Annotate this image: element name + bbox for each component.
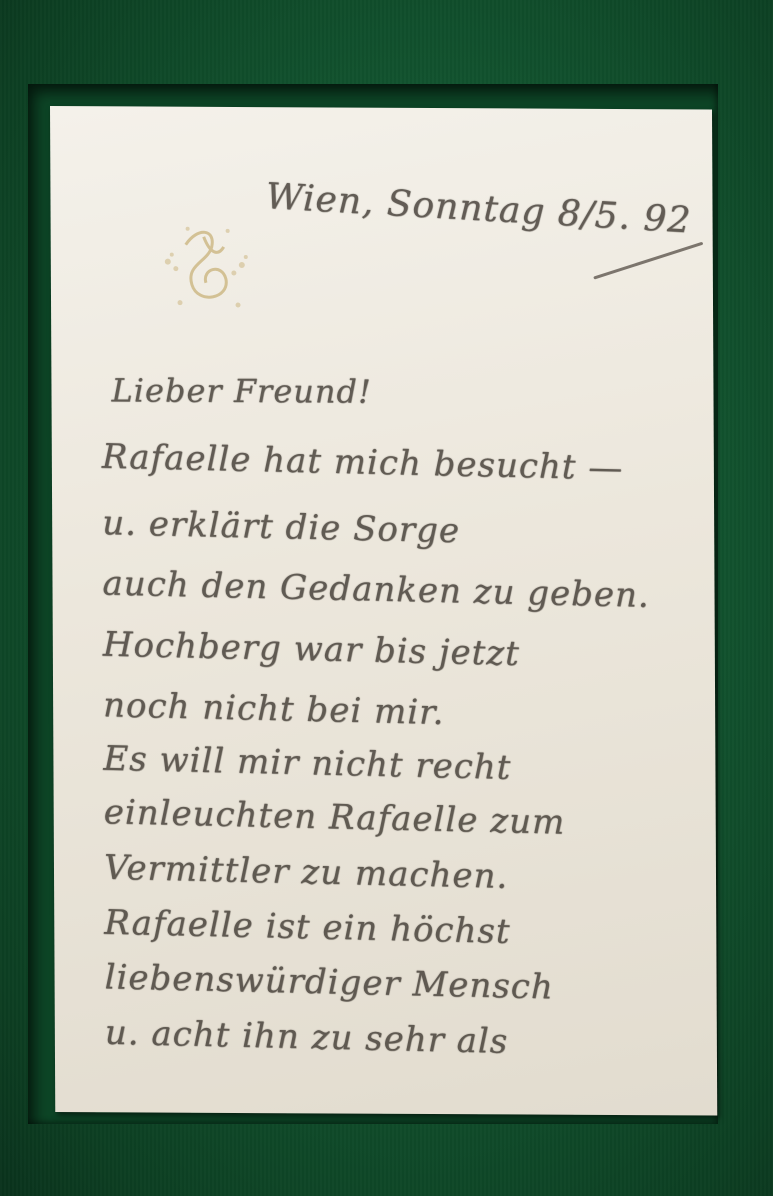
letter-salutation: Lieber Freund! [111, 371, 372, 410]
letter-line: Hochberg war bis jetzt [103, 625, 520, 674]
letter-line: Es will mir nicht recht [103, 739, 511, 788]
letter-dateline: Wien, Sonntag 8/5. 92 [265, 176, 692, 241]
letter-paper: Wien, Sonntag 8/5. 92 Lieber Freund! Raf… [50, 106, 717, 1116]
letter-line: liebenswürdiger Mensch [104, 957, 554, 1007]
dateline-flourish [593, 242, 703, 280]
letter-line: Rafaelle hat mich besucht — [102, 437, 624, 489]
letter-line: u. acht ihn zu sehr als [105, 1013, 509, 1062]
letter-line: noch nicht bei mir. [103, 685, 445, 733]
letter-line: auch den Gedanken zu geben. [102, 564, 650, 616]
letter-line: u. erklärt die Sorge [102, 503, 460, 551]
letter-line: einleuchten Rafaelle zum [103, 792, 565, 842]
letter-line: Vermittler zu machen. [104, 848, 509, 897]
monogram-icon [146, 207, 267, 328]
letter-line: Rafaelle ist ein höchst [104, 903, 511, 952]
